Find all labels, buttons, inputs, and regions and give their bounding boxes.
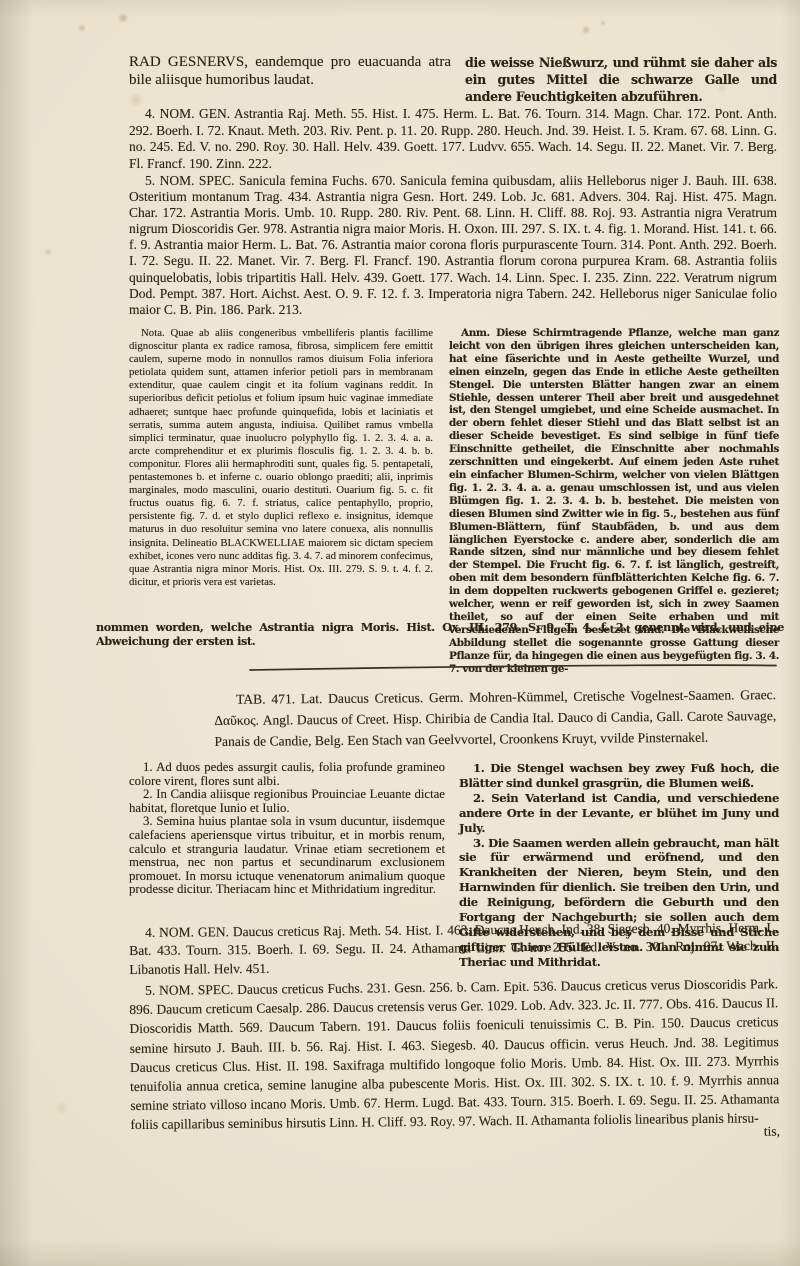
section-divider-rule	[248, 660, 778, 674]
book-page: RAD GESNERVS, eandemque pro euacuanda at…	[0, 0, 800, 1266]
divider-line	[250, 665, 776, 670]
daucus-nom-spec-paragraph: 5. NOM. SPEC. Daucus creticus Fuchs. 231…	[129, 974, 780, 1134]
nota-continuation-text: nommen worden, welche Astrantia nigra Mo…	[96, 621, 784, 648]
intro-german-text: die weisse Nießwurz, und rühmt sie daher…	[465, 54, 777, 105]
tab-heading: TAB. 471. Lat. Daucus Creticus. Germ. Mo…	[214, 684, 777, 752]
daucus-latin-note-2: 2. In Candia aliisque regionibus Prouinc…	[129, 788, 445, 815]
daucus-german-note-2: 2. Sein Vaterland ist Candia, und versch…	[459, 791, 779, 836]
catchword: tis,	[680, 1123, 780, 1140]
intro-paragraph: RAD GESNERVS, eandemque pro euacuanda at…	[129, 54, 777, 105]
daucus-latin-note-1: 1. Ad duos pedes assurgit caulis, folia …	[129, 761, 445, 788]
daucus-german-note-1: 1. Die Stengel wachsen bey zwey Fuß hoch…	[459, 761, 779, 791]
daucus-nom-gen-paragraph: 4. NOM. GEN. Daucus creticus Raj. Meth. …	[129, 919, 778, 979]
astrantia-nom-gen-paragraph: 4. NOM. GEN. Astrantia Raj. Meth. 55. Hi…	[129, 106, 777, 172]
intro-latin-text: RAD GESNERVS, eandemque pro euacuanda at…	[129, 54, 451, 105]
daucus-latin-note-3: 3. Semina huius plantae sola in vsum duc…	[129, 815, 445, 897]
astrantia-nom-spec-paragraph: 5. NOM. SPEC. Sanicula femina Fuchs. 670…	[129, 173, 777, 318]
